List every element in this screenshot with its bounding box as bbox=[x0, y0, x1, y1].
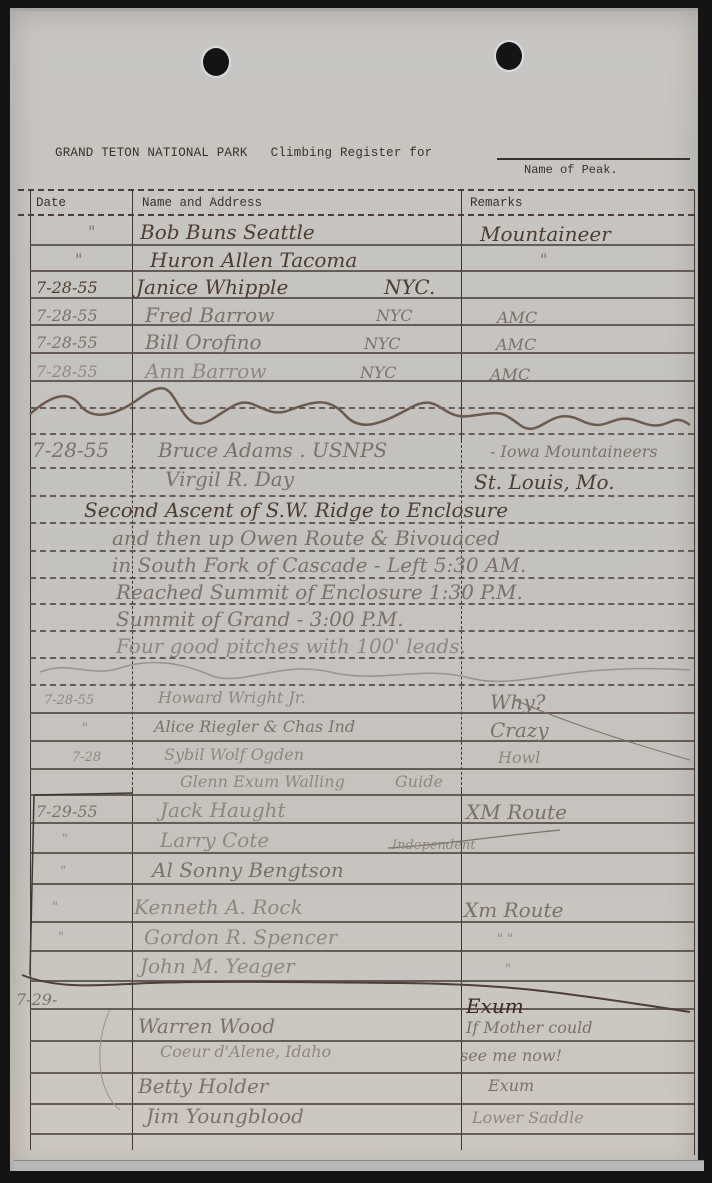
register-title: GRAND TETON NATIONAL PARK Climbing Regis… bbox=[55, 146, 432, 160]
entry3-4-date: " bbox=[52, 900, 58, 915]
entry3-5-remarks: " " bbox=[497, 932, 513, 947]
entry3-4-remarks: Xm Route bbox=[464, 898, 563, 922]
entry-6-remarks: AMC bbox=[490, 365, 530, 384]
punch-hole-left bbox=[203, 48, 229, 76]
ascent-note-line-3: in South Fork of Cascade - Left 5:30 AM. bbox=[112, 553, 526, 577]
ascent-climber-1-remark: - Iowa Mountaineers bbox=[490, 442, 658, 461]
entry4-3-remarks: see me now! bbox=[460, 1046, 562, 1065]
entry-3-name: Janice Whipple bbox=[136, 275, 288, 299]
entry-1-remarks: Mountaineer bbox=[480, 222, 611, 246]
entry2-1-remarks: Why? bbox=[490, 690, 545, 714]
entry-2-date: " bbox=[75, 250, 82, 269]
right-border bbox=[694, 190, 695, 1155]
entry-5-name: Bill Orofino bbox=[145, 330, 262, 354]
ascent-note-line-5: Summit of Grand - 3:00 P.M. bbox=[116, 607, 404, 631]
remarks-column-divider bbox=[461, 190, 462, 440]
table-top-border bbox=[18, 189, 694, 191]
column-header-remarks: Remarks bbox=[470, 196, 523, 210]
column-header-date: Date bbox=[36, 196, 66, 210]
entry-3-address: NYC. bbox=[384, 275, 435, 299]
entry-6-date: 7-28-55 bbox=[36, 362, 98, 381]
ascent-note-line-1: Second Ascent of S.W. Ridge to Enclosure bbox=[84, 498, 508, 522]
entry4-5-name: Jim Youngblood bbox=[146, 1104, 304, 1128]
entry4-1-date: 7-29- bbox=[16, 990, 57, 1009]
entry-5-address: NYC bbox=[364, 334, 401, 353]
entry3-3-date: " bbox=[60, 864, 66, 879]
peak-name-label: Name of Peak. bbox=[524, 163, 618, 177]
entry2-1-date: 7-28-55 bbox=[44, 693, 94, 708]
entry-4-name: Fred Barrow bbox=[145, 303, 274, 327]
ascent-climber-2: Virgil R. Day bbox=[165, 467, 294, 491]
entry-4-address: NYC bbox=[376, 306, 413, 325]
entry-1-date: " bbox=[88, 222, 95, 241]
entry-5-remarks: AMC bbox=[496, 335, 536, 354]
entry2-1-name: Howard Wright Jr. bbox=[158, 688, 306, 707]
punch-hole-right bbox=[496, 42, 522, 70]
column-header-name: Name and Address bbox=[142, 196, 262, 210]
entry-3-date: 7-28-55 bbox=[36, 278, 98, 297]
entry3-1-remarks: XM Route bbox=[466, 800, 567, 824]
ascent-climber-2-remark: St. Louis, Mo. bbox=[474, 470, 615, 494]
remarks-column-divider-dashed bbox=[461, 440, 462, 790]
entry4-3-name: Coeur d'Alene, Idaho bbox=[160, 1042, 331, 1061]
clipboard-edge bbox=[14, 1160, 704, 1171]
entry4-4-remarks: Exum bbox=[488, 1076, 534, 1095]
date-column-divider bbox=[132, 190, 133, 440]
ascent-date: 7-28-55 bbox=[32, 438, 109, 462]
ascent-note-line-4: Reached Summit of Enclosure 1:30 P.M. bbox=[116, 580, 523, 604]
entry3-1-name: Jack Haught bbox=[160, 798, 286, 822]
entry3-6-name: John M. Yeager bbox=[140, 954, 295, 978]
entry2-3-date: 7-28 bbox=[72, 750, 101, 765]
entry3-6-remarks: " bbox=[505, 962, 511, 977]
ascent-note-line-6: Four good pitches with 100' leads. bbox=[116, 634, 466, 658]
entry-2-remarks: " bbox=[540, 250, 547, 269]
entry-2-name: Huron Allen Tacoma bbox=[150, 248, 357, 272]
entry3-2-date: " bbox=[62, 832, 68, 847]
entry-6-name: Ann Barrow bbox=[145, 359, 266, 383]
entry2-2-date: " bbox=[82, 721, 88, 736]
date-column-divider-lower bbox=[132, 790, 133, 1150]
entry-4-date: 7-28-55 bbox=[36, 306, 98, 325]
header-bottom-border bbox=[18, 214, 694, 216]
entry4-1-remarks: Exum bbox=[466, 994, 524, 1018]
entry3-2-name: Larry Cote bbox=[160, 828, 269, 852]
entry2-3-remarks: Howl bbox=[498, 748, 540, 767]
entry4-2-name: Warren Wood bbox=[138, 1014, 275, 1038]
entry-4-remarks: AMC bbox=[497, 308, 537, 327]
peak-name-field bbox=[497, 158, 690, 160]
entry3-2-remarks: Independent bbox=[392, 838, 476, 853]
entry3-4-name: Kenneth A. Rock bbox=[134, 895, 303, 919]
ascent-climber-1: Bruce Adams . USNPS bbox=[158, 438, 387, 462]
entry2-2-remarks: Crazy bbox=[490, 718, 549, 742]
entry4-2-remarks: If Mother could bbox=[466, 1018, 593, 1037]
entry4-5-remarks: Lower Saddle bbox=[472, 1108, 584, 1127]
ascent-note-line-2: and then up Owen Route & Bivouaced bbox=[112, 526, 500, 550]
entry3-1-date: 7-29-55 bbox=[36, 802, 98, 821]
entry-6-address: NYC bbox=[360, 363, 397, 382]
entry3-5-name: Gordon R. Spencer bbox=[144, 925, 337, 949]
entry-1-name: Bob Buns Seattle bbox=[140, 220, 315, 244]
entry4-4-name: Betty Holder bbox=[138, 1074, 268, 1098]
entry3-3-name: Al Sonny Bengtson bbox=[152, 858, 344, 882]
entry2-4-remarks: Guide bbox=[395, 772, 443, 791]
entry-5-date: 7-28-55 bbox=[36, 333, 98, 352]
entry2-2-name: Alice Riegler & Chas Ind bbox=[154, 717, 355, 736]
entry3-5-date: " bbox=[58, 930, 64, 945]
entry2-4-name: Glenn Exum Walling bbox=[180, 772, 345, 791]
entry2-3-name: Sybil Wolf Ogden bbox=[164, 745, 304, 764]
